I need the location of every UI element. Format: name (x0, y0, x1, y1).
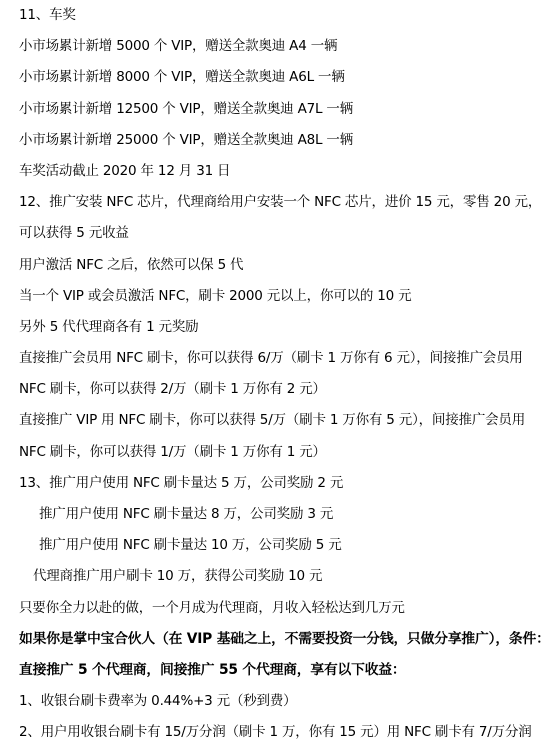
text-line: 另外 5 代代理商各有 1 元奖励 (19, 312, 554, 343)
document-body: 11、车奖 小市场累计新增 5000 个 VIP，赠送全款奥迪 A4 一辆 小市… (19, 0, 554, 749)
text-line: 只要你全力以赴的做，一个月成为代理商，月收入轻松达到几万元 (19, 593, 554, 624)
text-line: 当一个 VIP 或会员激活 NFC，刷卡 2000 元以上，你可以的 10 元 (19, 281, 554, 312)
text-line: 小市场累计新增 8000 个 VIP，赠送全款奥迪 A6L 一辆 (19, 62, 554, 93)
section-heading-nfc: 12、推广安装 NFC 芯片，代理商给用户安装一个 NFC 芯片，进价 15 元… (19, 187, 554, 218)
text-line: 直接推广 VIP 用 NFC 刷卡，你可以获得 5/万（刷卡 1 万你有 5 元… (19, 405, 554, 436)
text-line: 用户激活 NFC 之后，依然可以保 5 代 (19, 250, 554, 281)
text-line: 可以获得 5 元收益 (19, 218, 554, 249)
text-line: NFC 刷卡，你可以获得 2/万（刷卡 1 万你有 2 元） (19, 374, 554, 405)
text-line: 直接推广会员用 NFC 刷卡，你可以获得 6/万（刷卡 1 万你有 6 元），间… (19, 343, 554, 374)
text-line: 小市场累计新增 5000 个 VIP，赠送全款奥迪 A4 一辆 (19, 31, 554, 62)
text-line: 推广用户使用 NFC 刷卡量达 8 万，公司奖励 3 元 (19, 499, 554, 530)
text-line: 车奖活动截止 2020 年 12 月 31 日 (19, 156, 554, 187)
benefit-item: 2、用户用收银台刷卡有 15/万分润（刷卡 1 万，你有 15 元）用 NFC … (19, 717, 554, 748)
text-line: 小市场累计新增 25000 个 VIP，赠送全款奥迪 A8L 一辆 (19, 125, 554, 156)
partner-conditions-heading: 如果你是掌中宝合伙人（在 VIP 基础之上，不需要投资一分钱，只做分享推广），条… (19, 624, 554, 655)
text-line: NFC 刷卡，你可以获得 1/万（刷卡 1 万你有 1 元） (19, 437, 554, 468)
partner-requirements-heading: 直接推广 5 个代理商，间接推广 55 个代理商，享有以下收益： (19, 655, 554, 686)
section-heading-volume-reward: 13、推广用户使用 NFC 刷卡量达 5 万，公司奖励 2 元 (19, 468, 554, 499)
text-line: 小市场累计新增 12500 个 VIP，赠送全款奥迪 A7L 一辆 (19, 94, 554, 125)
text-line: 推广用户使用 NFC 刷卡量达 10 万，公司奖励 5 元 (19, 530, 554, 561)
benefit-item: 1、收银台刷卡费率为 0.44%+3 元（秒到费） (19, 686, 554, 717)
section-heading-car-reward: 11、车奖 (19, 0, 554, 31)
text-line: 代理商推广用户刷卡 10 万，获得公司奖励 10 元 (19, 561, 554, 592)
